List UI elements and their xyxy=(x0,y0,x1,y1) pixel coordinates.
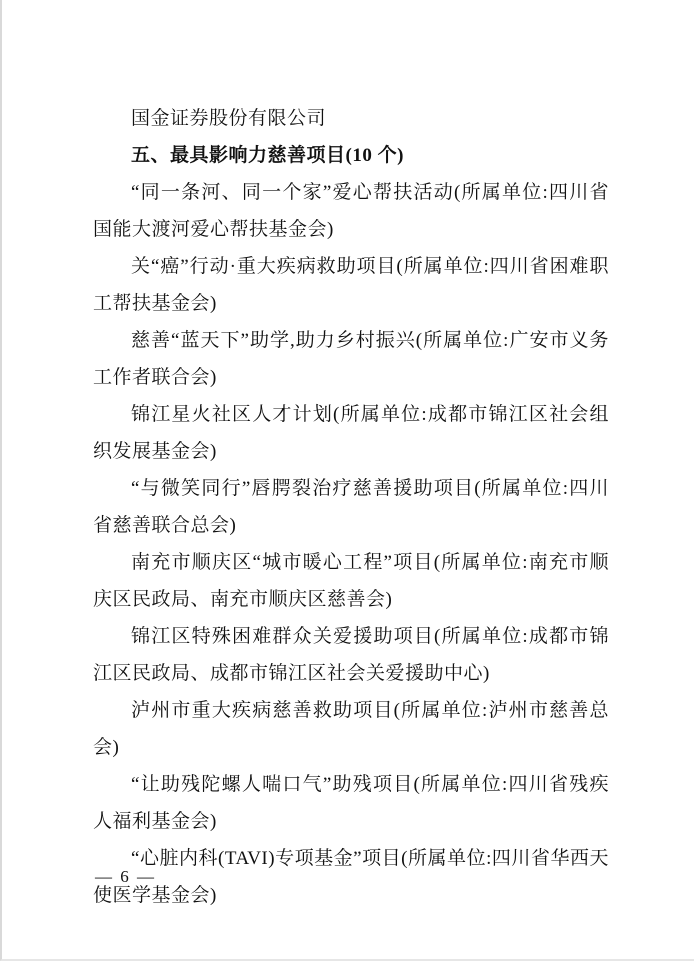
project-item-5: “与微笑同行”唇腭裂治疗慈善援助项目(所属单位:四川省慈善联合总会) xyxy=(93,470,609,544)
project-item-8: 泸州市重大疾病慈善救助项目(所属单位:泸州市慈善总会) xyxy=(93,692,609,766)
project-item-7: 锦江区特殊困难群众关爱援助项目(所属单位:成都市锦江区民政局、成都市锦江区社会关… xyxy=(93,618,609,692)
project-item-10: “心脏内科(TAVI)专项基金”项目(所属单位:四川省华西天使医学基金会) xyxy=(93,840,609,914)
page-number: — 6 — xyxy=(95,867,156,887)
project-item-1: “同一条河、同一个家”爱心帮扶活动(所属单位:四川省国能大渡河爱心帮扶基金会) xyxy=(93,174,609,248)
project-item-9: “让助残陀螺人喘口气”助残项目(所属单位:四川省残疾人福利基金会) xyxy=(93,766,609,840)
project-item-4: 锦江星火社区人才计划(所属单位:成都市锦江区社会组织发展基金会) xyxy=(93,396,609,470)
project-item-2: 关“癌”行动·重大疾病救助项目(所属单位:四川省困难职工帮扶基金会) xyxy=(93,248,609,322)
section-heading: 五、最具影响力慈善项目(10 个) xyxy=(93,137,609,174)
project-item-6: 南充市顺庆区“城市暖心工程”项目(所属单位:南充市顺庆区民政局、南充市顺庆区慈善… xyxy=(93,544,609,618)
document-page: 国金证券股份有限公司 五、最具影响力慈善项目(10 个) “同一条河、同一个家”… xyxy=(0,0,694,961)
project-item-3: 慈善“蓝天下”助学,助力乡村振兴(所属单位:广安市义务工作者联合会) xyxy=(93,322,609,396)
document-body: 国金证券股份有限公司 五、最具影响力慈善项目(10 个) “同一条河、同一个家”… xyxy=(93,100,609,914)
paragraph-company-name: 国金证券股份有限公司 xyxy=(93,100,609,137)
